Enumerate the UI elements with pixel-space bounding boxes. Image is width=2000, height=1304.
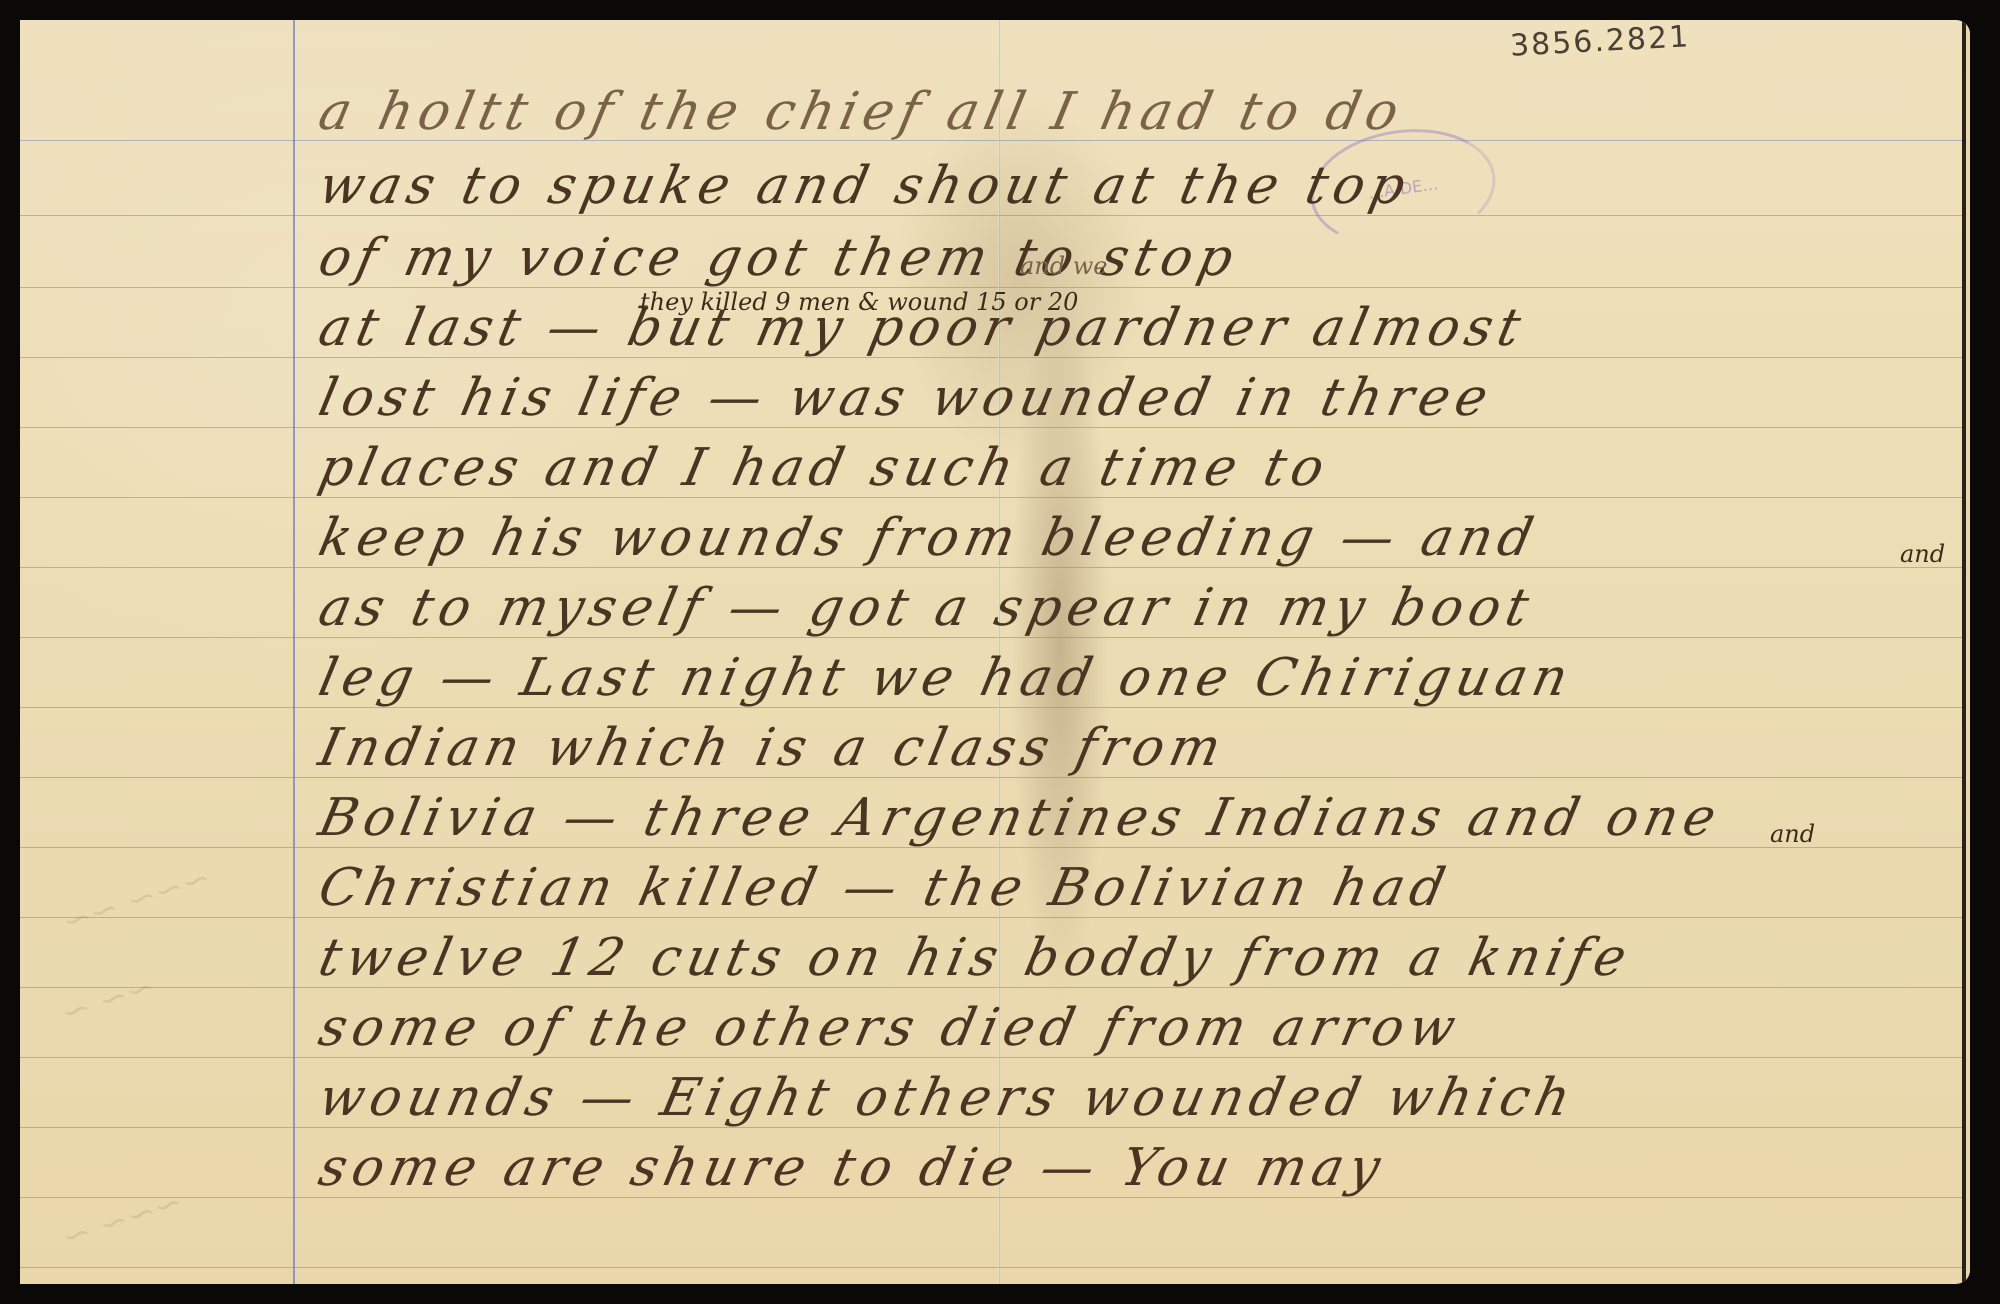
text-line-10: Indian which is a class from bbox=[314, 718, 1232, 778]
bleed-through-text: ~~~ ~ bbox=[57, 1182, 188, 1259]
letter-page: 3856.2821 …A DE… ~~~ ~~ ~~ ~ ~~~ ~ a hol… bbox=[20, 20, 1970, 1284]
catalog-number: 3856.2821 bbox=[1509, 20, 1691, 64]
text-line-7: keep his wounds from bleeding — and bbox=[314, 508, 1545, 568]
text-line-11: Bolivia — three Argentines Indians and o… bbox=[314, 788, 1727, 848]
text-line-9: leg — Last night we had one Chiriguan bbox=[314, 648, 1579, 708]
interlinear-insertion: they killed 9 men & wound 15 or 20 bbox=[640, 288, 1078, 316]
text-line-1: a holtt of the chief all I had to do bbox=[314, 82, 1410, 142]
text-line-15: wounds — Eight others wounded which bbox=[314, 1068, 1582, 1128]
bleed-through-text: ~~ ~ bbox=[56, 966, 160, 1034]
text-line-2: was to spuke and shout at the top bbox=[314, 156, 1417, 216]
ruled-line bbox=[20, 1267, 1970, 1268]
interlinear-insertion: and bbox=[1900, 540, 1945, 568]
text-line-13: twelve 12 cuts on his boddy from a knife bbox=[314, 928, 1638, 988]
interlinear-insertion: and bbox=[1770, 820, 1815, 848]
text-line-14: some of the others died from arrow bbox=[314, 998, 1467, 1058]
text-line-5: lost his life — was wounded in three bbox=[314, 368, 1499, 428]
adjacent-page-strip bbox=[1966, 20, 1970, 1284]
text-line-8: as to myself — got a spear in my boot bbox=[314, 578, 1540, 638]
bleed-through-text: ~~~ ~~ bbox=[58, 857, 216, 942]
text-line-12: Christian killed — the Bolivian had bbox=[314, 858, 1457, 918]
interlinear-insertion: and we bbox=[1020, 252, 1108, 280]
text-line-16: some are shure to die — You may bbox=[314, 1138, 1392, 1198]
text-line-6: places and I had such a time to bbox=[314, 438, 1336, 498]
margin-rule bbox=[293, 20, 295, 1284]
